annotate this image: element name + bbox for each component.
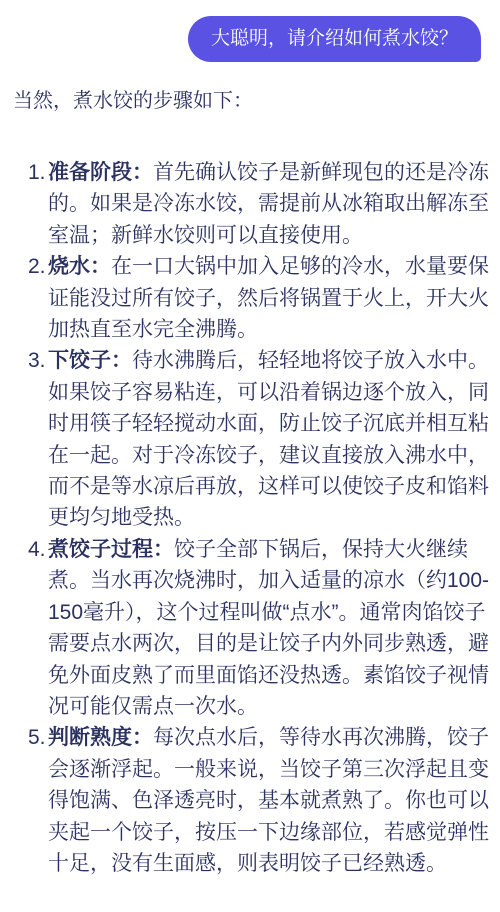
step-number: 5. — [28, 722, 48, 879]
step-text: 烧水：在一口大锅中加入足够的冷水，水量要保证能没过所有饺子，然后将锅置于火上，开… — [48, 251, 490, 345]
step-title: 煮饺子过程： — [48, 538, 174, 561]
user-message-bubble: 大聪明，请介绍如何煮水饺？ — [188, 16, 481, 62]
step-number: 4. — [28, 534, 48, 722]
assistant-intro-text: 当然，煮水饺的步骤如下： — [13, 86, 488, 116]
step-number: 2. — [28, 251, 48, 345]
step-text: 准备阶段：首先确认饺子是新鲜现包的还是冷冻的。如果是冷冻水饺，需提前从冰箱取出解… — [48, 157, 490, 251]
step-body: 在一口大锅中加入足够的冷水，水量要保证能没过所有饺子，然后将锅置于火上，开大火加… — [48, 255, 489, 341]
step-title: 烧水： — [48, 255, 111, 278]
step-item-3: 3. 下饺子：待水沸腾后，轻轻地将饺子放入水中。如果饺子容易粘连，可以沿着锅边逐… — [28, 345, 490, 533]
step-number: 1. — [28, 157, 48, 251]
step-text: 判断熟度：每次点水后，等待水再次沸腾，饺子会逐渐浮起。一般来说，当饺子第三次浮起… — [48, 722, 490, 879]
step-body: 待水沸腾后，轻轻地将饺子放入水中。如果饺子容易粘连，可以沿着锅边逐个放入，同时用… — [48, 349, 489, 529]
assistant-message: 当然，煮水饺的步骤如下： 1. 准备阶段：首先确认饺子是新鲜现包的还是冷冻的。如… — [0, 86, 500, 879]
step-title: 判断熟度： — [48, 726, 153, 749]
steps-list: 1. 准备阶段：首先确认饺子是新鲜现包的还是冷冻的。如果是冷冻水饺，需提前从冰箱… — [0, 157, 500, 879]
step-item-4: 4. 煮饺子过程：饺子全部下锅后，保持大火继续煮。当水再次烧沸时，加入适量的凉水… — [28, 534, 490, 722]
step-number: 3. — [28, 345, 48, 533]
user-message-row: 大聪明，请介绍如何煮水饺？ — [0, 0, 500, 62]
step-item-1: 1. 准备阶段：首先确认饺子是新鲜现包的还是冷冻的。如果是冷冻水饺，需提前从冰箱… — [28, 157, 490, 251]
step-title: 准备阶段： — [48, 161, 153, 184]
step-title: 下饺子： — [48, 349, 132, 372]
chat-container: 大聪明，请介绍如何煮水饺？ 当然，煮水饺的步骤如下： 1. 准备阶段：首先确认饺… — [0, 0, 500, 912]
step-item-2: 2. 烧水：在一口大锅中加入足够的冷水，水量要保证能没过所有饺子，然后将锅置于火… — [28, 251, 490, 345]
step-text: 煮饺子过程：饺子全部下锅后，保持大火继续煮。当水再次烧沸时，加入适量的凉水（约1… — [48, 534, 490, 722]
step-body: 饺子全部下锅后，保持大火继续煮。当水再次烧沸时，加入适量的凉水（约100-150… — [48, 538, 489, 718]
step-item-5: 5. 判断熟度：每次点水后，等待水再次沸腾，饺子会逐渐浮起。一般来说，当饺子第三… — [28, 722, 490, 879]
step-text: 下饺子：待水沸腾后，轻轻地将饺子放入水中。如果饺子容易粘连，可以沿着锅边逐个放入… — [48, 345, 490, 533]
